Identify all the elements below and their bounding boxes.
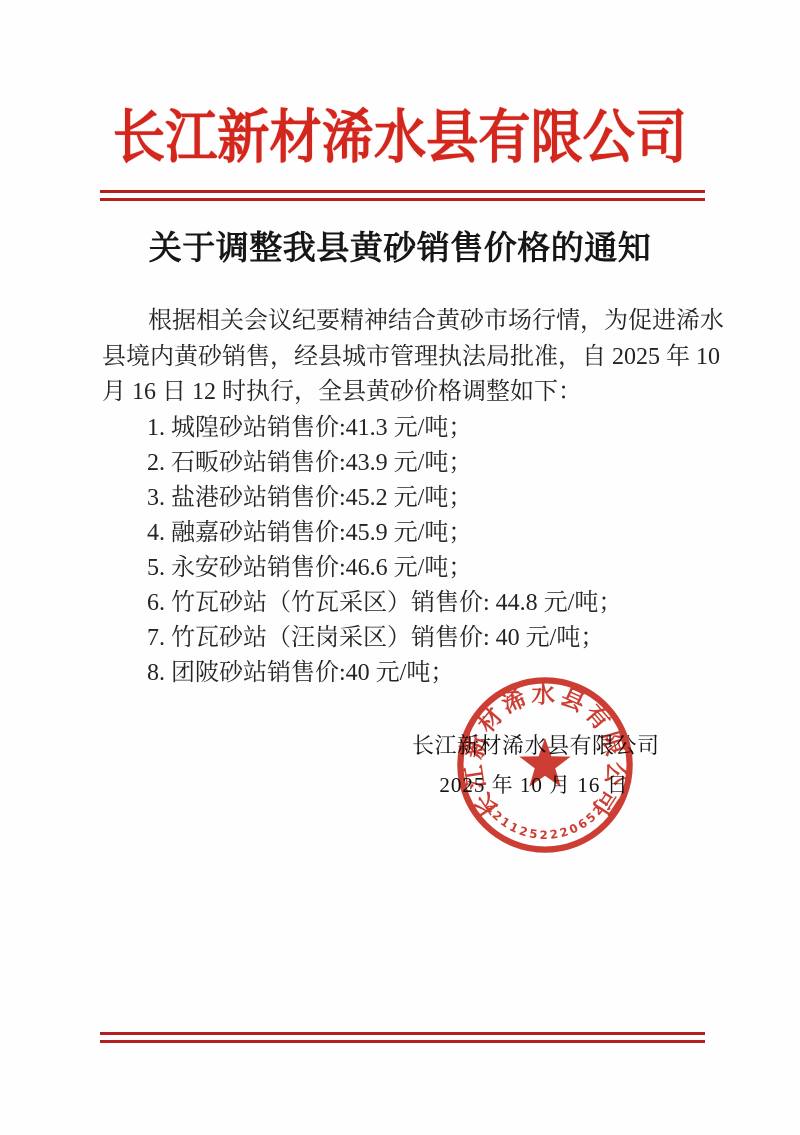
seal-star bbox=[519, 738, 570, 787]
price-list-item-4: 4. 融嘉砂站销售价:45.9 元/吨； bbox=[147, 516, 622, 551]
letterhead-company-name: 长江新材浠水县有限公司 bbox=[40, 100, 760, 176]
body-paragraph: 根据相关会议纪要精神结合黄砂市场行情，为促进浠水 县境内黄砂销售，经县城市管理执… bbox=[102, 304, 722, 411]
letterhead-divider bbox=[100, 190, 705, 201]
document-title: 关于调整我县黄砂销售价格的通知 bbox=[0, 222, 800, 269]
price-list-item-2: 2. 石畈砂站销售价:43.9 元/吨； bbox=[147, 446, 622, 481]
price-list-item-7: 7. 竹瓦砂站（汪岗采区）销售价: 40 元/吨； bbox=[147, 621, 622, 656]
company-seal-stamp: 长江新材浠水县有限公司 4211252220652 bbox=[455, 675, 635, 855]
price-list-item-6: 6. 竹瓦砂站（竹瓦采区）销售价: 44.8 元/吨； bbox=[147, 586, 622, 621]
body-line-2: 县境内黄砂销售，经县城市管理执法局批准，自 2025 年 10 bbox=[102, 340, 722, 376]
document-page: 长江新材浠水县有限公司 关于调整我县黄砂销售价格的通知 根据相关会议纪要精神结合… bbox=[0, 0, 800, 1135]
footer-divider bbox=[100, 1032, 705, 1043]
price-list-item-1: 1. 城隍砂站销售价:41.3 元/吨； bbox=[147, 411, 622, 446]
price-list: 1. 城隍砂站销售价:41.3 元/吨； 2. 石畈砂站销售价:43.9 元/吨… bbox=[147, 411, 622, 691]
body-line-3: 月 16 日 12 时执行，全县黄砂价格调整如下： bbox=[102, 375, 722, 411]
body-line-1: 根据相关会议纪要精神结合黄砂市场行情，为促进浠水 bbox=[102, 304, 722, 340]
price-list-item-5: 5. 永安砂站销售价:46.6 元/吨； bbox=[147, 551, 622, 586]
price-list-item-3: 3. 盐港砂站销售价:45.2 元/吨； bbox=[147, 481, 622, 516]
